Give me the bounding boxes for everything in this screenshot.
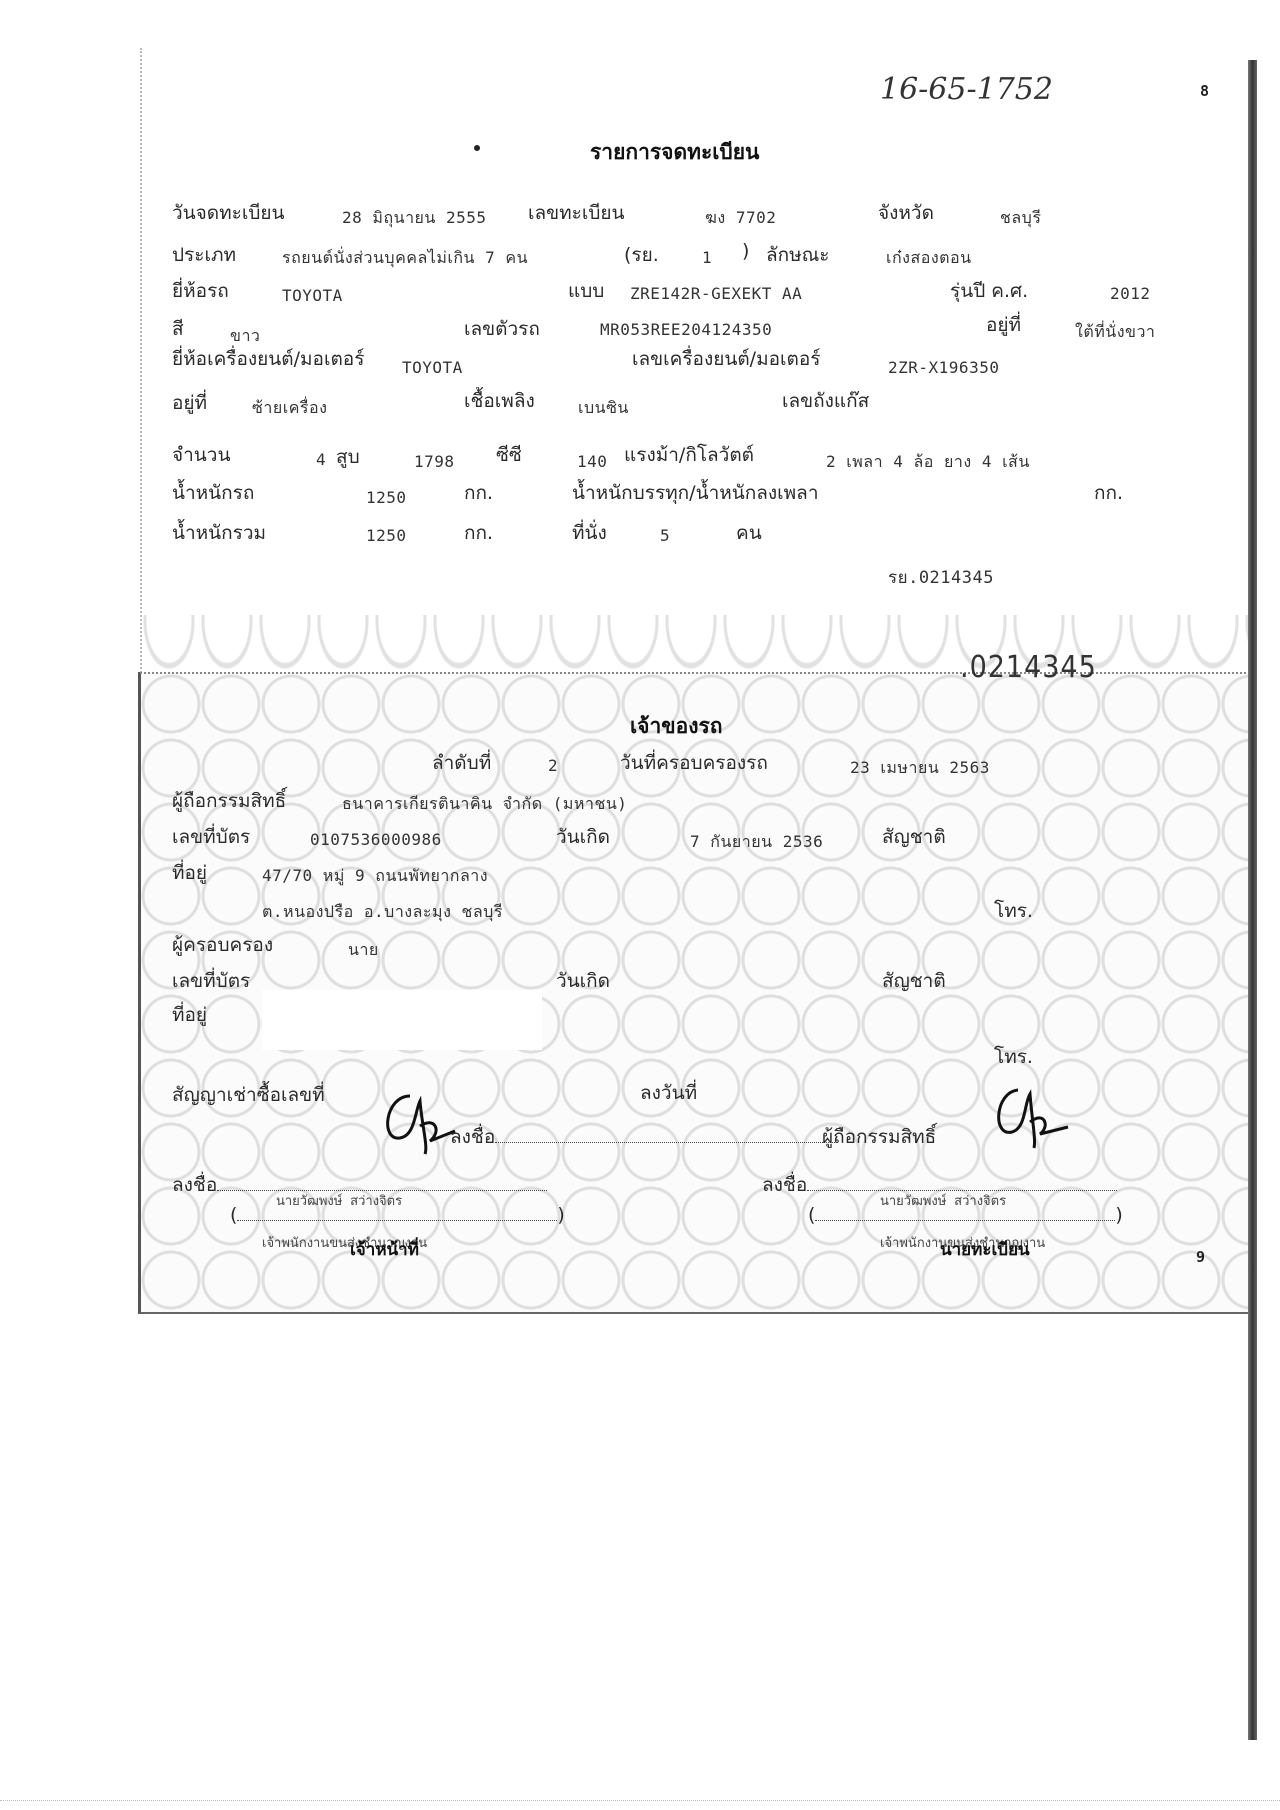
possession-date-label: วันที่ครอบครองรถ xyxy=(620,748,768,778)
ry-code: 1 xyxy=(702,248,712,267)
registrar-sign-label: ลงชื่อ xyxy=(762,1174,807,1196)
paren-open: ( xyxy=(230,1204,237,1226)
fuel-label: เชื้อเพลิง xyxy=(464,386,535,416)
vehicle-type: รถยนต์นั่งส่วนบุคคลไม่เกิน 7 คน xyxy=(282,246,528,271)
chassis-location: ใต้ที่นั่งขวา xyxy=(1075,320,1155,345)
paren-close: ) xyxy=(557,1204,564,1226)
registration-serial: รย.0214345 xyxy=(888,564,994,591)
color-label: สี xyxy=(172,314,184,344)
owner-order: 2 xyxy=(548,756,558,775)
page-edge-shadow xyxy=(1248,60,1257,1740)
engine-brand-label: ยี่ห้อเครื่องยนต์/มอเตอร์ xyxy=(172,344,364,374)
holder-sign-role: ผู้ถือกรรมสิทธิ์ xyxy=(822,1122,936,1152)
bottom-edge xyxy=(0,1800,1280,1801)
chassis-label: เลขตัวรถ xyxy=(464,314,540,344)
chassis-location-label: อยู่ที่ xyxy=(986,310,1021,340)
weight-unit: กก. xyxy=(464,478,493,508)
page-number-bottom: 9 xyxy=(1196,1248,1205,1266)
officer-sign-label: ลงชื่อ xyxy=(172,1174,217,1196)
brand: TOYOTA xyxy=(282,286,343,305)
province-label: จังหวัด xyxy=(878,198,934,228)
page-number-top: 8 xyxy=(1200,82,1209,100)
brand-label: ยี่ห้อรถ xyxy=(172,276,229,306)
nationality-label: สัญชาติ xyxy=(882,822,946,852)
engine-location-label: อยู่ที่ xyxy=(172,388,207,418)
holder-name: ธนาคารเกียรตินาคิน จำกัด (มหาชน) xyxy=(342,792,627,817)
holder-signature-right xyxy=(990,1082,1070,1152)
engine-location: ซ้ายเครื่อง xyxy=(252,396,327,421)
paren-close: ) xyxy=(1115,1204,1122,1226)
year-label: รุ่นปี ค.ศ. xyxy=(950,276,1028,306)
axles-wheels: 2 เพลา 4 ล้อ ยาง 4 เส้น xyxy=(826,450,1030,475)
fuel-type: เบนซิน xyxy=(578,396,629,421)
total-weight: 1250 xyxy=(366,526,407,545)
count-label: จำนวน xyxy=(172,440,230,470)
plate-label: เลขทะเบียน xyxy=(528,198,625,228)
registrar-name-line xyxy=(815,1220,1115,1221)
load-unit: กก. xyxy=(1094,478,1123,508)
ink-dot xyxy=(474,145,480,151)
holder-sign-label: ลงชื่อ xyxy=(450,1122,835,1152)
seats-label: ที่นั่ง xyxy=(572,518,607,548)
holder-signature-left xyxy=(380,1086,460,1156)
officer-name-line xyxy=(237,1220,557,1221)
address-label: ที่อยู่ xyxy=(172,858,207,888)
holder-id: 0107536000986 xyxy=(310,830,442,849)
cylinders: 4 xyxy=(316,450,326,469)
officer-role: เจ้าหน้าที่ xyxy=(350,1236,419,1263)
order-label: ลำดับที่ xyxy=(432,748,491,778)
engine-number-label: เลขเครื่องยนต์/มอเตอร์ xyxy=(632,344,820,374)
possessor-label: ผู้ครอบครอง xyxy=(172,930,273,960)
cc-unit: ซีซี xyxy=(496,440,522,470)
possession-date: 23 เมษายน 2563 xyxy=(850,756,990,781)
possessor-id-label: เลขที่บัตร xyxy=(172,966,250,996)
possessor-nationality-label: สัญชาติ xyxy=(882,966,946,996)
engine-cc: 1798 xyxy=(414,452,455,471)
phone-label: โทร. xyxy=(994,896,1033,926)
weight-label: น้ำหนักรถ xyxy=(172,478,254,508)
registration-title: รายการจดทะเบียน xyxy=(590,136,759,169)
engine-brand: TOYOTA xyxy=(402,358,463,377)
model-label: แบบ xyxy=(568,276,604,306)
total-weight-label: น้ำหนักรวม xyxy=(172,518,266,548)
possessor-address-label: ที่อยู่ xyxy=(172,1000,207,1030)
perforation-serial: .0214345 xyxy=(960,650,1097,685)
vehicle-weight: 1250 xyxy=(366,488,407,507)
possessor-phone-label: โทร. xyxy=(994,1042,1033,1072)
possessor-name: นาย xyxy=(348,938,379,963)
id-label: เลขที่บัตร xyxy=(172,822,250,852)
province: ชลบุรี xyxy=(1000,206,1041,231)
holder-sign-line xyxy=(495,1142,835,1143)
reg-date-label: วันจดทะเบียน xyxy=(172,198,285,228)
registrar-name-bracket: () xyxy=(808,1204,1123,1226)
owner-title: เจ้าของรถ xyxy=(630,710,723,743)
address-line-2: ต.หนองปรือ อ.บางละมุง ชลบุรี xyxy=(262,900,503,925)
reg-date: 28 มิถุนายน 2555 xyxy=(342,206,487,231)
paren-open: ( xyxy=(808,1204,815,1226)
dob-label: วันเกิด xyxy=(556,822,610,852)
seats: 5 xyxy=(660,526,670,545)
ry-open: (รย. xyxy=(624,240,659,270)
lease-label: สัญญาเช่าซื้อเลขที่ xyxy=(172,1080,325,1110)
model: ZRE142R-GEXEKT AA xyxy=(630,284,802,303)
handwritten-reference: 16-65-1752 xyxy=(880,72,1053,107)
gas-tank-label: เลขถังแก๊ส xyxy=(782,386,869,416)
officer-name-bracket: () xyxy=(230,1204,565,1226)
engine-number: 2ZR-X196350 xyxy=(888,358,999,377)
type-label: ประเภท xyxy=(172,240,236,270)
holder-label: ผู้ถือกรรมสิทธิ์ xyxy=(172,786,286,816)
sign-label: ลงชื่อ xyxy=(450,1126,495,1148)
total-weight-unit: กก. xyxy=(464,518,493,548)
address-line-1: 47/70 หมู่ 9 ถนนพัทยากลาง xyxy=(262,864,488,889)
body-style: เก๋งสองตอน xyxy=(886,246,972,271)
model-year: 2012 xyxy=(1110,284,1151,303)
possessor-dob-label: วันเกิด xyxy=(556,966,610,996)
ry-close: ) xyxy=(742,240,749,262)
power-unit: แรงม้า/กิโลวัตต์ xyxy=(624,440,754,470)
registrar-role: นายทะเบียน xyxy=(940,1236,1030,1263)
seats-unit: คน xyxy=(736,518,762,548)
cylinder-unit: สูบ xyxy=(336,442,360,472)
power: 140 xyxy=(577,452,607,471)
style-label: ลักษณะ xyxy=(766,240,830,270)
plate-number: ฆง 7702 xyxy=(705,206,776,231)
chassis-number: MR053REE204124350 xyxy=(600,320,772,339)
load-label: น้ำหนักบรรทุก/น้ำหนักลงเพลา xyxy=(572,478,819,508)
sign-date-label: ลงวันที่ xyxy=(640,1078,697,1108)
redacted-address xyxy=(262,990,542,1050)
holder-dob: 7 กันยายน 2536 xyxy=(690,830,823,855)
